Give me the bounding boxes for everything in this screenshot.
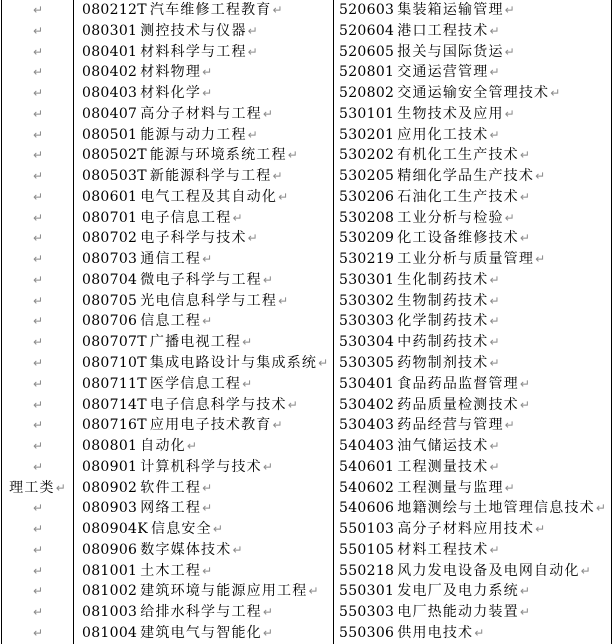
major-name: 能源与环境系统工程 xyxy=(150,147,287,163)
paragraph-mark-icon: ↵ xyxy=(232,211,242,225)
major-code: 520802 xyxy=(339,85,394,101)
major-code: 080407 xyxy=(82,106,137,122)
vocational-major-row: 540403油气储运技术↵ xyxy=(339,436,610,457)
paragraph-mark-icon: ↵ xyxy=(33,626,43,640)
vocational-major-row: 520603集装箱运输管理↵ xyxy=(339,0,610,21)
paragraph-mark-icon: ↵ xyxy=(56,481,66,495)
major-code: 080501 xyxy=(82,127,137,143)
paragraph-mark-icon: ↵ xyxy=(242,335,252,349)
vocational-major-row: 520604港口工程技术↵ xyxy=(339,21,610,42)
paragraph-mark-icon: ↵ xyxy=(263,460,273,474)
major-code: 530401 xyxy=(339,376,394,392)
major-code: 080902 xyxy=(82,480,137,496)
vocational-major-row: 530301生化制药技术↵ xyxy=(339,270,610,291)
major-code: 530402 xyxy=(339,397,394,413)
vocational-major-row: 550301发电厂及电力系统↵ xyxy=(339,581,610,602)
major-code: 530301 xyxy=(339,272,394,288)
category-empty-line: ↵ xyxy=(2,104,73,125)
category-empty-line: ↵ xyxy=(2,42,73,63)
vocational-major-row: 530209化工设备维修技术↵ xyxy=(339,228,610,249)
paragraph-mark-icon: ↵ xyxy=(33,24,43,38)
paragraph-mark-icon: ↵ xyxy=(242,377,252,391)
major-code: 080714T xyxy=(82,397,147,413)
vocational-major-row: 530305药物制剂技术↵ xyxy=(339,353,610,374)
bachelor-major-row: 080407高分子材料与工程↵ xyxy=(82,104,332,125)
paragraph-mark-icon: ↵ xyxy=(33,605,43,619)
major-name: 土木工程 xyxy=(140,563,201,579)
paragraph-mark-icon: ↵ xyxy=(505,45,515,59)
vocational-major-row: 550303电厂热能动力装置↵ xyxy=(339,602,610,623)
major-code: 530208 xyxy=(339,210,394,226)
major-name: 工业分析与质量管理 xyxy=(397,251,534,267)
major-name: 电气工程及其自动化 xyxy=(140,189,277,205)
bachelor-major-row: 080702电子科学与技术↵ xyxy=(82,228,332,249)
major-name: 材料工程技术 xyxy=(397,542,488,558)
major-code: 080904K xyxy=(82,521,148,537)
bachelor-major-row: 081001土木工程↵ xyxy=(82,561,332,582)
vocational-major-row: 520802交通运输安全管理技术↵ xyxy=(339,83,610,104)
category-empty-line: ↵ xyxy=(2,436,73,457)
vocational-major-row: 530201应用化工技术↵ xyxy=(339,125,610,146)
major-code: 080704 xyxy=(82,272,137,288)
major-name: 电子信息工程 xyxy=(140,210,231,226)
vocational-major-row: 530101生物技术及应用↵ xyxy=(339,104,610,125)
major-name: 药品质量检测技术 xyxy=(397,397,519,413)
major-name: 发电厂及电力系统 xyxy=(397,583,519,599)
vocational-major-row: 520801交通运营管理↵ xyxy=(339,62,610,83)
table-border-right xyxy=(611,0,612,644)
paragraph-mark-icon: ↵ xyxy=(474,626,484,640)
paragraph-mark-icon: ↵ xyxy=(489,128,499,142)
paragraph-mark-icon: ↵ xyxy=(33,501,43,515)
paragraph-mark-icon: ↵ xyxy=(520,148,530,162)
major-name: 微电子科学与工程 xyxy=(140,272,262,288)
vocational-major-row: 530403药品经营与管理↵ xyxy=(339,415,610,436)
major-name: 中药制药技术 xyxy=(397,334,488,350)
category-empty-line: ↵ xyxy=(2,353,73,374)
paragraph-mark-icon: ↵ xyxy=(581,564,591,578)
major-name: 工程测量与监理 xyxy=(397,480,503,496)
paragraph-mark-icon: ↵ xyxy=(520,190,530,204)
category-label-line: 理工类↵ xyxy=(2,478,73,499)
paragraph-mark-icon: ↵ xyxy=(505,107,515,121)
major-code: 550303 xyxy=(339,604,394,620)
bachelor-major-row: 080903网络工程↵ xyxy=(82,498,332,519)
major-code: 530303 xyxy=(339,313,394,329)
paragraph-mark-icon: ↵ xyxy=(318,356,328,370)
major-code: 081002 xyxy=(82,583,137,599)
bachelor-major-row: 080601电气工程及其自动化↵ xyxy=(82,187,332,208)
major-name: 材料化学 xyxy=(140,85,201,101)
category-empty-line: ↵ xyxy=(2,311,73,332)
bachelor-major-row: 080403材料化学↵ xyxy=(82,83,332,104)
major-name: 自动化 xyxy=(140,438,186,454)
vocational-major-row: 550105材料工程技术↵ xyxy=(339,540,610,561)
major-name: 石油化工生产技术 xyxy=(397,189,519,205)
vocational-major-row: 550218风力发电设备及电网自动化↵ xyxy=(339,561,610,582)
major-code: 081001 xyxy=(82,563,137,579)
paragraph-mark-icon: ↵ xyxy=(33,128,43,142)
major-name: 医学信息工程 xyxy=(150,376,241,392)
major-code: 080702 xyxy=(82,230,137,246)
major-code: 080403 xyxy=(82,85,137,101)
category-empty-line: ↵ xyxy=(2,145,73,166)
bachelor-majors-column: 080212T汽车维修工程教育↵080301测控技术与仪器↵080401材料科学… xyxy=(82,0,332,644)
major-name: 生物制药技术 xyxy=(397,293,488,309)
vocational-major-row: 530208工业分析与检验↵ xyxy=(339,208,610,229)
major-name: 应用电子技术教育 xyxy=(150,417,272,433)
paragraph-mark-icon: ↵ xyxy=(263,273,273,287)
paragraph-mark-icon: ↵ xyxy=(273,169,283,183)
paragraph-mark-icon: ↵ xyxy=(489,439,499,453)
paragraph-mark-icon: ↵ xyxy=(33,169,43,183)
bachelor-major-row: 080501能源与动力工程↵ xyxy=(82,125,332,146)
major-name: 交通运输安全管理技术 xyxy=(397,85,549,101)
paragraph-mark-icon: ↵ xyxy=(33,211,43,225)
paragraph-mark-icon: ↵ xyxy=(489,314,499,328)
major-name: 电子信息科学与技术 xyxy=(150,397,287,413)
paragraph-mark-icon: ↵ xyxy=(288,148,298,162)
paragraph-mark-icon: ↵ xyxy=(505,211,515,225)
category-empty-line: ↵ xyxy=(2,249,73,270)
paragraph-mark-icon: ↵ xyxy=(520,584,530,598)
major-name: 计算机科学与技术 xyxy=(140,459,262,475)
category-empty-line: ↵ xyxy=(2,602,73,623)
major-code: 530209 xyxy=(339,230,394,246)
paragraph-mark-icon: ↵ xyxy=(278,294,288,308)
vocational-major-row: 520605报关与国际货运↵ xyxy=(339,42,610,63)
major-code: 520603 xyxy=(339,2,394,18)
paragraph-mark-icon: ↵ xyxy=(535,252,545,266)
major-name: 广播电视工程 xyxy=(150,334,241,350)
major-name: 报关与国际货运 xyxy=(397,44,503,60)
category-empty-line: ↵ xyxy=(2,208,73,229)
category-empty-line: ↵ xyxy=(2,62,73,83)
major-name: 软件工程 xyxy=(140,480,201,496)
category-empty-line: ↵ xyxy=(2,581,73,602)
major-name: 集成电路设计与集成系统 xyxy=(150,355,317,371)
paragraph-mark-icon: ↵ xyxy=(489,460,499,474)
paragraph-mark-icon: ↵ xyxy=(232,543,242,557)
bachelor-major-row: 080716T应用电子技术教育↵ xyxy=(82,415,332,436)
category-empty-line: ↵ xyxy=(2,332,73,353)
vocational-major-row: 540602工程测量与监理↵ xyxy=(339,478,610,499)
major-name: 测控技术与仪器 xyxy=(140,23,246,39)
paragraph-mark-icon: ↵ xyxy=(263,626,273,640)
paragraph-mark-icon: ↵ xyxy=(202,501,212,515)
major-code: 530205 xyxy=(339,168,394,184)
bachelor-major-row: 080901计算机科学与技术↵ xyxy=(82,457,332,478)
major-code: 080502T xyxy=(82,147,147,163)
paragraph-mark-icon: ↵ xyxy=(263,605,273,619)
bachelor-major-row: 080902软件工程↵ xyxy=(82,478,332,499)
bachelor-major-row: 080704微电子科学与工程↵ xyxy=(82,270,332,291)
major-name: 药品经营与管理 xyxy=(397,417,503,433)
bachelor-major-row: 080710T集成电路设计与集成系统↵ xyxy=(82,353,332,374)
paragraph-mark-icon: ↵ xyxy=(33,3,43,17)
major-code: 080903 xyxy=(82,500,137,516)
paragraph-mark-icon: ↵ xyxy=(33,335,43,349)
major-code: 530219 xyxy=(339,251,394,267)
paragraph-mark-icon: ↵ xyxy=(535,169,545,183)
bachelor-major-row: 080703通信工程↵ xyxy=(82,249,332,270)
paragraph-mark-icon: ↵ xyxy=(33,418,43,432)
table-border-middle xyxy=(333,0,334,644)
paragraph-mark-icon: ↵ xyxy=(213,522,223,536)
major-code: 550306 xyxy=(339,625,394,641)
paragraph-mark-icon: ↵ xyxy=(33,190,43,204)
bachelor-major-row: 081003给排水科学与工程↵ xyxy=(82,602,332,623)
major-code: 530206 xyxy=(339,189,394,205)
category-empty-line: ↵ xyxy=(2,166,73,187)
major-code: 520605 xyxy=(339,44,394,60)
major-code: 550105 xyxy=(339,542,394,558)
paragraph-mark-icon: ↵ xyxy=(202,252,212,266)
major-name: 集装箱运输管理 xyxy=(397,2,503,18)
major-code: 550301 xyxy=(339,583,394,599)
bachelor-major-row: 080401材料科学与工程↵ xyxy=(82,42,332,63)
paragraph-mark-icon: ↵ xyxy=(33,45,43,59)
paragraph-mark-icon: ↵ xyxy=(202,481,212,495)
paragraph-mark-icon: ↵ xyxy=(489,294,499,308)
paragraph-mark-icon: ↵ xyxy=(33,377,43,391)
major-name: 电子科学与技术 xyxy=(140,230,246,246)
paragraph-mark-icon: ↵ xyxy=(33,543,43,557)
bachelor-major-row: 080502T能源与环境系统工程↵ xyxy=(82,145,332,166)
paragraph-mark-icon: ↵ xyxy=(520,231,530,245)
category-empty-line: ↵ xyxy=(2,395,73,416)
major-code: 540601 xyxy=(339,459,394,475)
major-code: 080503T xyxy=(82,168,147,184)
major-code: 080906 xyxy=(82,542,137,558)
category-empty-line: ↵ xyxy=(2,187,73,208)
major-name: 高分子材料应用技术 xyxy=(397,521,534,537)
paragraph-mark-icon: ↵ xyxy=(202,314,212,328)
paragraph-mark-icon: ↵ xyxy=(248,24,258,38)
major-name: 工业分析与检验 xyxy=(397,210,503,226)
major-code: 080711T xyxy=(82,376,147,392)
bachelor-major-row: 080711T医学信息工程↵ xyxy=(82,374,332,395)
major-code: 530302 xyxy=(339,293,394,309)
category-empty-line: ↵ xyxy=(2,0,73,21)
category-empty-line: ↵ xyxy=(2,457,73,478)
paragraph-mark-icon: ↵ xyxy=(33,86,43,100)
major-code: 080801 xyxy=(82,438,137,454)
bachelor-major-row: 080706信息工程↵ xyxy=(82,311,332,332)
paragraph-mark-icon: ↵ xyxy=(33,460,43,474)
paragraph-mark-icon: ↵ xyxy=(33,252,43,266)
bachelor-major-row: 081002建筑环境与能源应用工程↵ xyxy=(82,581,332,602)
major-code: 080710T xyxy=(82,355,147,371)
category-empty-line: ↵ xyxy=(2,125,73,146)
major-code: 080703 xyxy=(82,251,137,267)
paragraph-mark-icon: ↵ xyxy=(505,481,515,495)
vocational-major-row: 530304中药制药技术↵ xyxy=(339,332,610,353)
major-code: 080707T xyxy=(82,334,147,350)
paragraph-mark-icon: ↵ xyxy=(520,398,530,412)
major-code: 520801 xyxy=(339,64,394,80)
vocational-major-row: 530401食品药品监督管理↵ xyxy=(339,374,610,395)
major-code: 080705 xyxy=(82,293,137,309)
major-name: 化学制药技术 xyxy=(397,313,488,329)
category-empty-line: ↵ xyxy=(2,228,73,249)
paragraph-mark-icon: ↵ xyxy=(33,356,43,370)
vocational-major-row: 530402药品质量检测技术↵ xyxy=(339,395,610,416)
paragraph-mark-icon: ↵ xyxy=(248,45,258,59)
paragraph-mark-icon: ↵ xyxy=(187,439,197,453)
major-name: 数字媒体技术 xyxy=(140,542,231,558)
vocational-major-row: 530302生物制药技术↵ xyxy=(339,291,610,312)
bachelor-major-row: 080701电子信息工程↵ xyxy=(82,208,332,229)
vocational-majors-column: 520603集装箱运输管理↵520604港口工程技术↵520605报关与国际货运… xyxy=(339,0,610,644)
major-code: 081003 xyxy=(82,604,137,620)
bachelor-major-row: 081004建筑电气与智能化↵ xyxy=(82,623,332,644)
category-column: ↵↵↵↵↵↵↵↵↵↵↵↵↵↵↵↵↵↵↵↵↵↵↵理工类↵↵↵↵↵↵↵↵ xyxy=(2,0,73,644)
major-name: 汽车维修工程教育 xyxy=(150,2,272,18)
major-code: 080301 xyxy=(82,23,137,39)
major-code: 530304 xyxy=(339,334,394,350)
major-name: 生化制药技术 xyxy=(397,272,488,288)
major-code: 080701 xyxy=(82,210,137,226)
paragraph-mark-icon: ↵ xyxy=(489,356,499,370)
major-name: 信息工程 xyxy=(140,313,201,329)
bachelor-major-row: 080801自动化↵ xyxy=(82,436,332,457)
paragraph-mark-icon: ↵ xyxy=(505,3,515,17)
major-name: 能源与动力工程 xyxy=(140,127,246,143)
paragraph-mark-icon: ↵ xyxy=(202,86,212,100)
paragraph-mark-icon: ↵ xyxy=(202,65,212,79)
major-code: 550103 xyxy=(339,521,394,537)
paragraph-mark-icon: ↵ xyxy=(33,107,43,121)
category-empty-line: ↵ xyxy=(2,623,73,644)
paragraph-mark-icon: ↵ xyxy=(33,564,43,578)
bachelor-major-row: 080904K信息安全↵ xyxy=(82,519,332,540)
major-code: 080716T xyxy=(82,417,147,433)
major-name: 交通运营管理 xyxy=(397,64,488,80)
category-empty-line: ↵ xyxy=(2,519,73,540)
vocational-major-row: 550306供用电技术↵ xyxy=(339,623,610,644)
bachelor-major-row: 080707T广播电视工程↵ xyxy=(82,332,332,353)
major-name: 化工设备维修技术 xyxy=(397,230,519,246)
paragraph-mark-icon: ↵ xyxy=(33,314,43,328)
category-empty-line: ↵ xyxy=(2,270,73,291)
paragraph-mark-icon: ↵ xyxy=(489,543,499,557)
paragraph-mark-icon: ↵ xyxy=(273,3,283,17)
paragraph-mark-icon: ↵ xyxy=(263,107,273,121)
category-empty-line: ↵ xyxy=(2,540,73,561)
major-code: 530101 xyxy=(339,106,394,122)
bachelor-major-row: 080503T新能源科学与工程↵ xyxy=(82,166,332,187)
paragraph-mark-icon: ↵ xyxy=(33,294,43,308)
bachelor-major-row: 080906数字媒体技术↵ xyxy=(82,540,332,561)
vocational-major-row: 540601工程测量技术↵ xyxy=(339,457,610,478)
major-code: 550218 xyxy=(339,563,394,579)
vocational-major-row: 530202有机化工生产技术↵ xyxy=(339,145,610,166)
major-code: 080901 xyxy=(82,459,137,475)
major-code: 080601 xyxy=(82,189,137,205)
bachelor-major-row: 080714T电子信息科学与技术↵ xyxy=(82,395,332,416)
major-code: 080401 xyxy=(82,44,137,60)
paragraph-mark-icon: ↵ xyxy=(248,128,258,142)
paragraph-mark-icon: ↵ xyxy=(535,522,545,536)
paragraph-mark-icon: ↵ xyxy=(278,190,288,204)
vocational-major-row: 550103高分子材料应用技术↵ xyxy=(339,519,610,540)
major-name: 地籍测绘与土地管理信息技术 xyxy=(397,500,595,516)
major-name: 建筑环境与能源应用工程 xyxy=(140,583,307,599)
paragraph-mark-icon: ↵ xyxy=(33,231,43,245)
paragraph-mark-icon: ↵ xyxy=(520,605,530,619)
major-code: 530403 xyxy=(339,417,394,433)
major-name: 生物技术及应用 xyxy=(397,106,503,122)
paragraph-mark-icon: ↵ xyxy=(550,86,560,100)
category-empty-line: ↵ xyxy=(2,374,73,395)
major-code: 080212T xyxy=(82,2,147,18)
major-code: 520604 xyxy=(339,23,394,39)
major-name: 通信工程 xyxy=(140,251,201,267)
paragraph-mark-icon: ↵ xyxy=(33,439,43,453)
major-name: 精细化学品生产技术 xyxy=(397,168,534,184)
category-empty-line: ↵ xyxy=(2,561,73,582)
major-name: 工程测量技术 xyxy=(397,459,488,475)
major-name: 电厂热能动力装置 xyxy=(397,604,519,620)
major-name: 风力发电设备及电网自动化 xyxy=(397,563,579,579)
vocational-major-row: 530219工业分析与质量管理↵ xyxy=(339,249,610,270)
major-code: 530202 xyxy=(339,147,394,163)
major-name: 供用电技术 xyxy=(397,625,473,641)
major-code: 530201 xyxy=(339,127,394,143)
paragraph-mark-icon: ↵ xyxy=(273,418,283,432)
major-name: 应用化工技术 xyxy=(397,127,488,143)
paragraph-mark-icon: ↵ xyxy=(489,65,499,79)
major-code: 540602 xyxy=(339,480,394,496)
major-name: 油气储运技术 xyxy=(397,438,488,454)
major-name: 有机化工生产技术 xyxy=(397,147,519,163)
paragraph-mark-icon: ↵ xyxy=(33,273,43,287)
paragraph-mark-icon: ↵ xyxy=(489,273,499,287)
table-border-category-right xyxy=(73,0,74,644)
document-table-page: ↵↵↵↵↵↵↵↵↵↵↵↵↵↵↵↵↵↵↵↵↵↵↵理工类↵↵↵↵↵↵↵↵ 08021… xyxy=(0,0,613,644)
paragraph-mark-icon: ↵ xyxy=(248,231,258,245)
paragraph-mark-icon: ↵ xyxy=(202,564,212,578)
major-name: 网络工程 xyxy=(140,500,201,516)
category-empty-line: ↵ xyxy=(2,291,73,312)
major-name: 给排水科学与工程 xyxy=(140,604,262,620)
bachelor-major-row: 080212T汽车维修工程教育↵ xyxy=(82,0,332,21)
major-name: 材料物理 xyxy=(140,64,201,80)
major-name: 新能源科学与工程 xyxy=(150,168,272,184)
category-empty-line: ↵ xyxy=(2,415,73,436)
paragraph-mark-icon: ↵ xyxy=(33,148,43,162)
major-name: 材料科学与工程 xyxy=(140,44,246,60)
paragraph-mark-icon: ↵ xyxy=(288,398,298,412)
bachelor-major-row: 080402材料物理↵ xyxy=(82,62,332,83)
paragraph-mark-icon: ↵ xyxy=(33,398,43,412)
category-empty-line: ↵ xyxy=(2,21,73,42)
major-code: 080706 xyxy=(82,313,137,329)
vocational-major-row: 540606地籍测绘与土地管理信息技术↵ xyxy=(339,498,610,519)
vocational-major-row: 530303化学制药技术↵ xyxy=(339,311,610,332)
major-code: 080402 xyxy=(82,64,137,80)
bachelor-major-row: 080301测控技术与仪器↵ xyxy=(82,21,332,42)
major-name: 药物制剂技术 xyxy=(397,355,488,371)
major-code: 530305 xyxy=(339,355,394,371)
major-name: 信息安全 xyxy=(151,521,212,537)
paragraph-mark-icon: ↵ xyxy=(505,418,515,432)
paragraph-mark-icon: ↵ xyxy=(308,584,318,598)
paragraph-mark-icon: ↵ xyxy=(596,501,606,515)
major-name: 光电信息科学与工程 xyxy=(140,293,277,309)
major-name: 港口工程技术 xyxy=(397,23,488,39)
